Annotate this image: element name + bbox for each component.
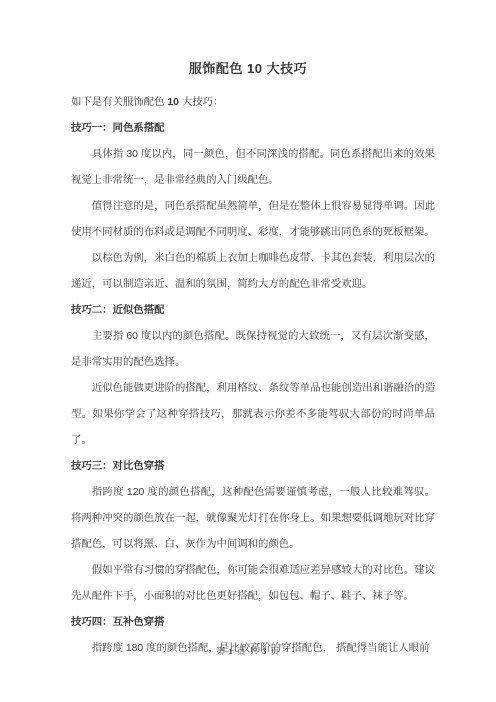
footer-total-pages: 3 <box>262 646 267 656</box>
intro-line: 如下是有关服饰配色 10 大技巧： <box>71 90 435 116</box>
footer-text-mid: 页 共 <box>237 646 259 656</box>
body-paragraph: 假如平常有习惯的穿搭配色，你可能会很难适应差异感较大的对比色。建议先从配件下手，… <box>71 558 435 610</box>
intro-text-after: 大技巧： <box>179 97 223 108</box>
section-heading-4: 技巧四：互补色穿搭 <box>71 610 435 636</box>
section-heading-2: 技巧二：近似色搭配 <box>71 298 435 324</box>
body-paragraph: 以棕色为例，米白色的棉质上衣加上咖啡色皮带、卡其色套装，利用层次的递近，可以制造… <box>71 246 435 298</box>
body-paragraph: 值得注意的是，同色系搭配虽然简单，但是在整体上很容易显得单调。因此使用不同材质的… <box>71 194 435 246</box>
body-paragraph: 近似色能做更进阶的搭配，利用格纹、条纹等单品也能创造出和谐融洽的造型。如果你学会… <box>71 376 435 454</box>
section-heading-1: 技巧一：同色系搭配 <box>71 116 435 142</box>
body-paragraph: 指跨度 120 度的颜色搭配，这种配色需要谨慎考虑，一般人比较难驾驭。将两种冲突… <box>71 480 435 558</box>
footer-text-after: 页 <box>271 646 281 656</box>
section-heading-3: 技巧三：对比色穿搭 <box>71 454 435 480</box>
body-paragraph: 主要指 60 度以内的颜色搭配。既保持视觉的大致统一，又有层次渐变感，是非常实用… <box>71 324 435 376</box>
body-paragraph: 具体指 30 度以内，同一颜色，但不同深浅的搭配。同色系搭配出来的效果视觉上非常… <box>71 142 435 194</box>
document-page: 服饰配色 10 大技巧 如下是有关服饰配色 10 大技巧： 技巧一：同色系搭配 … <box>0 0 496 702</box>
footer-page-number: 1 <box>229 646 234 656</box>
document-body: 如下是有关服饰配色 10 大技巧： 技巧一：同色系搭配 具体指 30 度以内，同… <box>71 90 435 662</box>
intro-text-before: 如下是有关服饰配色 <box>71 97 167 108</box>
intro-number: 10 <box>167 97 179 108</box>
document-title: 服饰配色 10 大技巧 <box>0 58 496 77</box>
footer-text-before: 第 <box>216 646 226 656</box>
page-footer: 第 1 页 共 3 页 <box>0 645 496 657</box>
